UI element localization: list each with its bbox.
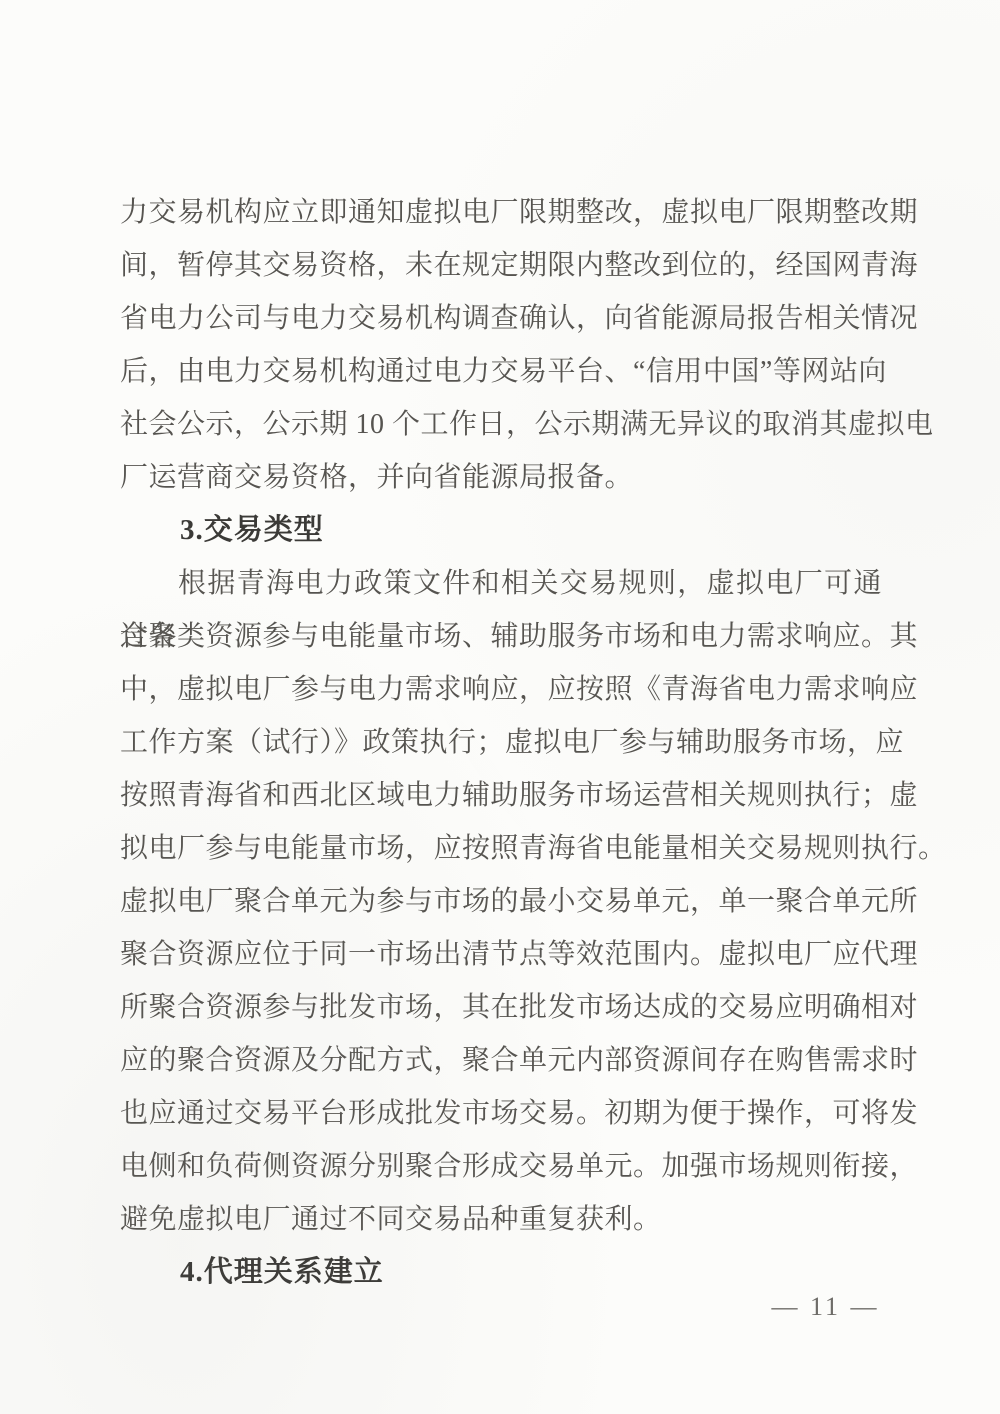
text-line: 厂运营商交易资格，并向省能源局报备。 — [120, 451, 882, 504]
text-line: 间，暂停其交易资格，未在规定期限内整改到位的，经国网青海 — [120, 239, 882, 292]
text-line: 力交易机构应立即通知虚拟电厂限期整改，虚拟电厂限期整改期 — [120, 186, 882, 239]
text-line: 社会公示，公示期 10 个工作日，公示期满无异议的取消其虚拟电 — [120, 398, 882, 451]
text-line: 聚合资源应位于同一市场出清节点等效范围内。虚拟电厂应代理 — [120, 928, 882, 981]
text-line: 避免虚拟电厂通过不同交易品种重复获利。 — [120, 1193, 882, 1246]
text-line: 中，虚拟电厂参与电力需求响应，应按照《青海省电力需求响应 — [120, 663, 882, 716]
text-line: 应的聚合资源及分配方式，聚合单元内部资源间存在购售需求时 — [120, 1034, 882, 1087]
text-column: 力交易机构应立即通知虚拟电厂限期整改，虚拟电厂限期整改期 间，暂停其交易资格，未… — [120, 186, 882, 1299]
text-line: 工作方案（试行）》政策执行；虚拟电厂参与辅助服务市场，应 — [120, 716, 882, 769]
text-line: 拟电厂参与电能量市场，应按照青海省电能量相关交易规则执行。 — [120, 822, 882, 875]
text-line: 按照青海省和西北区域电力辅助服务市场运营相关规则执行；虚 — [120, 769, 882, 822]
text-line: 省电力公司与电力交易机构调查确认，向省能源局报告相关情况 — [120, 292, 882, 345]
paragraph-2: 根据青海电力政策文件和相关交易规则，虚拟电厂可通过聚 合各类资源参与电能量市场、… — [120, 557, 882, 1246]
text-line: 电侧和负荷侧资源分别聚合形成交易单元。加强市场规则衔接， — [120, 1140, 882, 1193]
text-line: 后，由电力交易机构通过电力交易平台、“信用中国”等网站向 — [120, 345, 882, 398]
document-page: 力交易机构应立即通知虚拟电厂限期整改，虚拟电厂限期整改期 间，暂停其交易资格，未… — [0, 0, 1000, 1414]
text-line: 虚拟电厂聚合单元为参与市场的最小交易单元，单一聚合单元所 — [120, 875, 882, 928]
text-line: 所聚合资源参与批发市场，其在批发市场达成的交易应明确相对 — [120, 981, 882, 1034]
text-line: 根据青海电力政策文件和相关交易规则，虚拟电厂可通过聚 — [120, 557, 882, 610]
text-line: 也应通过交易平台形成批发市场交易。初期为便于操作，可将发 — [120, 1087, 882, 1140]
page-number: — 11 — — [768, 1290, 883, 1324]
section-heading-trade-types: 3.交易类型 — [120, 504, 882, 557]
paragraph-1: 力交易机构应立即通知虚拟电厂限期整改，虚拟电厂限期整改期 间，暂停其交易资格，未… — [120, 186, 882, 504]
text-line: 合各类资源参与电能量市场、辅助服务市场和电力需求响应。其 — [120, 610, 882, 663]
